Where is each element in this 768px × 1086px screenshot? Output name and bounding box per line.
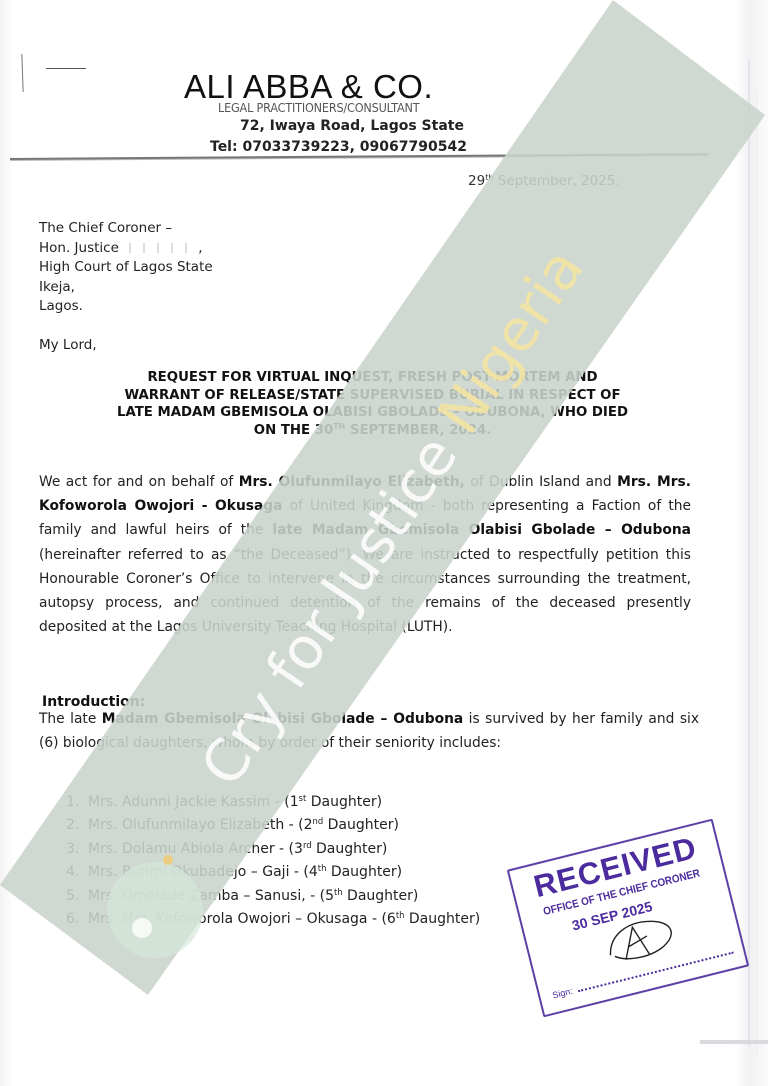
list-number: 2. — [66, 814, 88, 837]
date-suffix: th — [485, 172, 493, 182]
page-edge — [748, 60, 750, 1046]
recipient-line: The Chief Coroner – — [39, 219, 213, 239]
margin-mark — [21, 54, 23, 92]
daughter-rank: Daughter) — [343, 888, 419, 904]
daughter-list-item: 2.Mrs. Olufunmilayo Elizabeth - (2nd Dau… — [66, 814, 480, 837]
date-rest: September, 2025. — [494, 173, 620, 189]
page-edge — [700, 1040, 768, 1044]
text: The late — [39, 711, 102, 727]
subject-line: LATE MADAM GBEMISOLA OLABISI GBOLADE – O… — [60, 404, 685, 422]
daughter-rank: Daughter) — [312, 841, 388, 857]
subject-heading: REQUEST FOR VIRTUAL INQUEST, FRESH POST-… — [60, 369, 685, 439]
daughters-list: 1.Mrs. Adunni Jackie Kassim - (1st Daugh… — [66, 791, 480, 931]
firm-address: 72, Iwaya Road, Lagos State — [240, 118, 464, 134]
letter-date: 29th September, 2025. — [468, 173, 620, 189]
salutation: My Lord, — [39, 337, 97, 353]
ordinal-suffix: rd — [303, 840, 312, 850]
daughter-name: Mrs. Bunmi Okubadejo – Gaji - (4 — [88, 864, 318, 880]
daughter-list-item: 3.Mrs. Dolamu Abiola Archer - (3rd Daugh… — [66, 838, 480, 861]
ordinal-suffix: th — [334, 887, 343, 897]
subject-text: ON THE 30 — [254, 423, 333, 438]
page-edge — [756, 90, 757, 1056]
daughter-rank: Daughter) — [326, 864, 402, 880]
list-number: 1. — [66, 791, 88, 814]
body-paragraph: We act for and on behalf of Mrs. Olufunm… — [39, 470, 691, 639]
daughter-rank: Daughter) — [323, 817, 399, 833]
list-number: 3. — [66, 838, 88, 861]
recipient-line: High Court of Lagos State — [39, 258, 213, 278]
text: (hereinafter referred to as “the Decease… — [39, 547, 691, 636]
text: of Dublin Island and — [465, 474, 617, 490]
daughter-rank: Daughter) — [306, 794, 382, 810]
recipient-title: Hon. Justice — [39, 240, 119, 256]
list-number: 4. — [66, 861, 88, 884]
date-day: 29 — [468, 173, 485, 189]
subject-line: REQUEST FOR VIRTUAL INQUEST, FRESH POST-… — [60, 369, 685, 387]
recipient-line: Hon. Justice , — [39, 239, 213, 259]
daughter-name: Mrs. Adunni Jackie Kassim - (1 — [88, 794, 299, 810]
bold-text: late Madam Gbemisola Olabisi Gbolade – O… — [272, 522, 691, 538]
daughter-name: Mrs. Mrs. Kofoworola Owojori – Okusaga -… — [88, 911, 396, 927]
recipient-punct: , — [198, 240, 202, 256]
subject-sup: TH — [333, 422, 345, 431]
daughter-name: Mrs. Dolamu Abiola Archer - (3 — [88, 841, 303, 857]
bold-text: Mrs. Olufunmilayo Elizabeth, — [239, 474, 465, 490]
margin-mark — [46, 68, 86, 69]
subject-line: WARRANT OF RELEASE/STATE SUPERVISED BURI… — [60, 387, 685, 405]
list-number: 5. — [66, 885, 88, 908]
daughter-list-item: 5.Mrs. Omolade Zamba – Sanusi, - (5th Da… — [66, 885, 480, 908]
recipient-address: The Chief Coroner – Hon. Justice , High … — [39, 219, 213, 317]
daughter-list-item: 4.Mrs. Bunmi Okubadejo – Gaji - (4th Dau… — [66, 861, 480, 884]
subject-text: SEPTEMBER, 2024. — [345, 423, 491, 438]
subject-line: ON THE 30TH SEPTEMBER, 2024. — [60, 422, 685, 440]
redacted-name — [123, 243, 198, 253]
daughter-name: Mrs. Omolade Zamba – Sanusi, - (5 — [88, 888, 334, 904]
firm-telephone: Tel: 07033739223, 09067790542 — [210, 139, 467, 155]
recipient-line: Lagos. — [39, 297, 213, 317]
bold-text: Madam Gbemisola Olabisi Gbolade – Odubon… — [102, 711, 463, 727]
daughter-name: Mrs. Olufunmilayo Elizabeth - (2 — [88, 817, 313, 833]
ordinal-suffix: nd — [313, 816, 324, 826]
firm-subtitle: LEGAL PRACTITIONERS/CONSULTANT — [218, 100, 419, 115]
daughter-rank: Daughter) — [404, 911, 480, 927]
introduction-paragraph: The late Madam Gbemisola Olabisi Gbolade… — [39, 707, 699, 755]
daughter-list-item: 1.Mrs. Adunni Jackie Kassim - (1st Daugh… — [66, 791, 480, 814]
recipient-line: Ikeja, — [39, 278, 213, 298]
list-number: 6. — [66, 908, 88, 931]
daughter-list-item: 6.Mrs. Mrs. Kofoworola Owojori – Okusaga… — [66, 908, 480, 931]
text: We act for and on behalf of — [39, 474, 239, 490]
